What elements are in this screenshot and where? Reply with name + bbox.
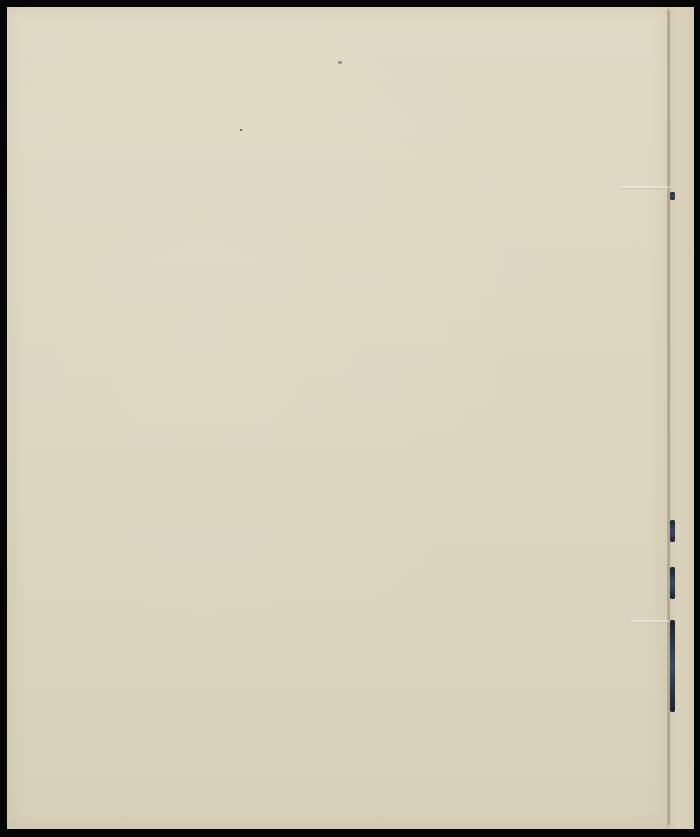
- staple-mark: [670, 567, 675, 599]
- staple-mark: [670, 520, 675, 542]
- paper-crease: [630, 620, 670, 623]
- paper-speck: [240, 129, 242, 131]
- paper-speck: [338, 61, 342, 64]
- staple-mark: [670, 620, 675, 712]
- staple-mark: [670, 192, 675, 200]
- paper-crease: [620, 186, 670, 189]
- blank-paper-page: [7, 7, 667, 829]
